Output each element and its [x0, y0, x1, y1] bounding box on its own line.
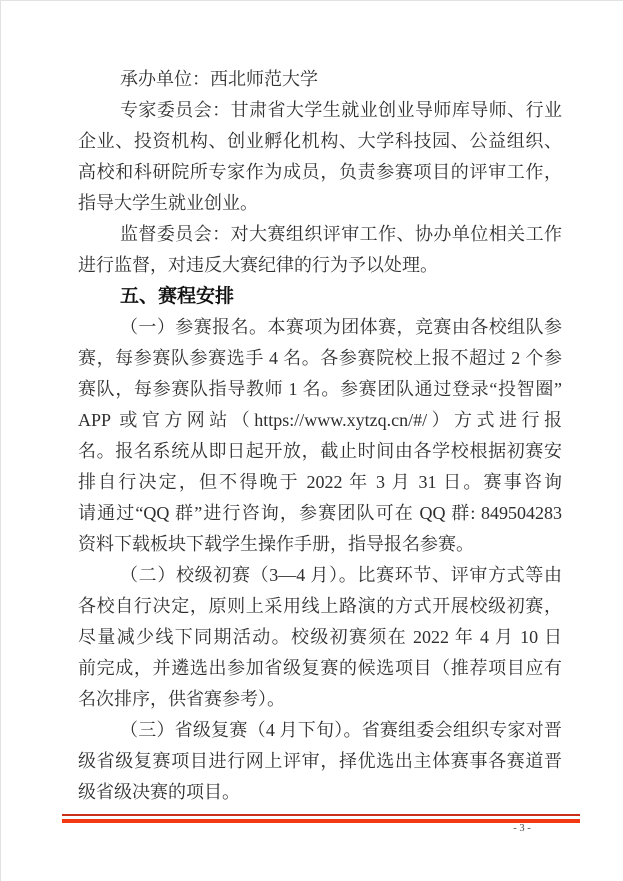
document-body: 承办单位：西北师范大学专家委员会：甘肃省大学生就业创业导师库导师、行业企业、投资… [78, 64, 562, 808]
text-line: 尽量减少线下同期活动。校级初赛须在 2022 年 4 月 10 日 [78, 622, 562, 653]
text-line: 资料下载板块下载学生操作手册，指导报名参赛。 [78, 529, 562, 560]
text-line: （二）校级初赛（3—4 月）。比赛环节、评审方式等由 [78, 560, 562, 591]
text-line: 承办单位：西北师范大学 [78, 64, 562, 95]
page-edge-left [0, 0, 1, 881]
text-line: 高校和科研院所专家作为成员，负责参赛项目的评审工作， [78, 157, 562, 188]
text-line: 监督委员会：对大赛组织评审工作、协办单位相关工作 [78, 219, 562, 250]
page-number: - 3 - [500, 823, 544, 835]
footer-thin-rule [62, 814, 580, 816]
text-line: 请通过“QQ 群”进行咨询，参赛团队可在 QQ 群: 849504283 [78, 498, 562, 529]
text-line: 前完成，并遴选出参加省级复赛的候选项目（推荐项目应有 [78, 653, 562, 684]
text-line: 排自行决定，但不得晚于 2022 年 3 月 31 日。赛事咨询 [78, 467, 562, 498]
text-line: 企业、投资机构、创业孵化机构、大学科技园、公益组织、 [78, 126, 562, 157]
text-line: （一）参赛报名。本赛项为团体赛，竞赛由各校组队参 [78, 312, 562, 343]
document-page: 承办单位：西北师范大学专家委员会：甘肃省大学生就业创业导师库导师、行业企业、投资… [0, 0, 623, 881]
text-line: APP 或官方网站（https://www.xytzq.cn/#/）方式进行报 [78, 405, 562, 436]
text-line: 级省级决赛的项目。 [78, 777, 562, 808]
text-line: 进行监督，对违反大赛纪律的行为予以处理。 [78, 250, 562, 281]
text-line: 赛，每参赛队参赛选手 4 名。各参赛院校上报不超过 2 个参 [78, 343, 562, 374]
text-line: 指导大学生就业创业。 [78, 188, 562, 219]
text-line: 各校自行决定，原则上采用线上路演的方式开展校级初赛， [78, 591, 562, 622]
text-line: 名。报名系统从即日起开放，截止时间由各学校根据初赛安 [78, 436, 562, 467]
text-line: 级省级复赛项目进行网上评审，择优选出主体赛事各赛道晋 [78, 746, 562, 777]
text-line: 赛队，每参赛队指导教师 1 名。参赛团队通过登录“投智圈” [78, 374, 562, 405]
page-edge-top [0, 0, 623, 1]
text-line: （三）省级复赛（4 月下旬）。省赛组委会组织专家对晋 [78, 715, 562, 746]
text-line: 名次排序，供省赛参考）。 [78, 684, 562, 715]
text-line: 专家委员会：甘肃省大学生就业创业导师库导师、行业 [78, 95, 562, 126]
section-heading: 五、赛程安排 [78, 281, 562, 312]
